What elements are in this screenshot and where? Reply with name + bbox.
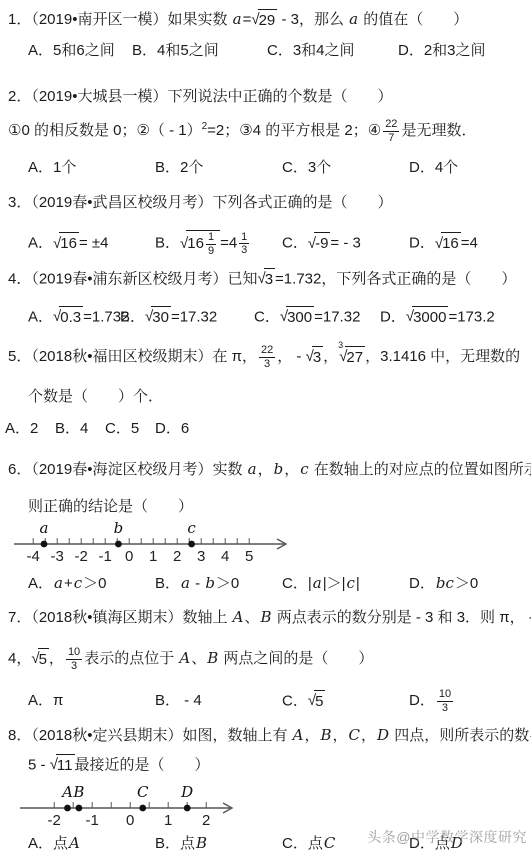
question-3-option-c: C．√-9= - 3 — [282, 232, 409, 255]
question-5-option-b: B．4 — [55, 418, 105, 440]
question-8-stem-line-2: 5 - √11最接近的是（ ） — [28, 754, 210, 777]
question-5-stem-line-2: 个数是（ ）个． — [28, 386, 163, 408]
watermark-text: 头条@中学数学深度研究 — [367, 827, 527, 847]
svg-text:4: 4 — [221, 548, 229, 564]
question-7-option-d: D．103 — [409, 688, 455, 714]
question-4-stem: 4．（2019春•浦东新区校级月考）已知√3=1.732，下列各式正确的是（ ） — [8, 268, 516, 291]
question-7-option-b: B． - 4 — [155, 690, 282, 712]
question-1-option-b: B．4和5之间 — [132, 40, 267, 62]
question-3-options: A．√16= ±4B．√1619=413C．√-9= - 3D．√16=4 — [28, 230, 478, 257]
question-8-option-a: A．点A — [28, 832, 155, 854]
question-6-stem: 6．（2019春•海淀区校级月考）实数 a，b，c 在数轴上的对应点的位置如图所… — [8, 458, 531, 481]
question-4-options: A．√0.3=1.732B．√30=17.32C．√300=17.32D．√30… — [28, 306, 495, 329]
question-3-option-a: A．√16= ±4 — [28, 232, 155, 255]
question-2-option-d: D．4个 — [409, 157, 458, 179]
svg-text:-3: -3 — [51, 548, 64, 564]
question-6-option-d: D．bc＞0 — [409, 572, 478, 595]
question-5-stem: 5．（2018秋•福田区校级期末）在 π，223， - √3，3√27，3.14… — [8, 344, 520, 370]
svg-text:2: 2 — [202, 812, 210, 828]
question-2-option-b: B．2个 — [155, 157, 282, 179]
question-6-numberline: -4-3-2-1012345abc — [14, 514, 288, 568]
question-5-option-d: D．6 — [155, 418, 205, 440]
question-4-option-d: D．√3000=173.2 — [380, 306, 495, 329]
question-1-options: A．5和6之间B．4和5之间C．3和4之间D．2和3之间 — [28, 40, 486, 62]
question-2-options: A．1个B．2个C．3个D．4个 — [28, 157, 458, 179]
question-6-options: A．a+c＞0B．a - b＞0C．|a|＞|c|D．bc＞0 — [28, 572, 478, 595]
question-4-option-b: B．√30=17.32 — [120, 306, 254, 329]
question-6-option-c: C．|a|＞|c| — [282, 572, 409, 595]
question-7-option-a: A．π — [28, 690, 155, 712]
svg-text:D: D — [180, 783, 193, 801]
svg-text:5: 5 — [245, 548, 253, 564]
question-7-stem: 7．（2018秋•镇海区期末）数轴上 A、B 两点表示的数分别是 - 3 和 3… — [8, 606, 531, 629]
svg-text:1: 1 — [149, 548, 157, 564]
question-5-option-a: A．2 — [5, 418, 55, 440]
svg-text:c: c — [187, 519, 196, 537]
svg-text:b: b — [114, 519, 124, 537]
svg-text:B: B — [72, 783, 84, 801]
svg-text:1: 1 — [164, 812, 172, 828]
question-6-option-b: B．a - b＞0 — [155, 572, 282, 595]
question-5-options: A．2B．4C．5D．6 — [5, 418, 205, 440]
svg-text:3: 3 — [197, 548, 205, 564]
svg-text:0: 0 — [126, 812, 134, 828]
question-8-option-b: B．点B — [155, 832, 282, 854]
question-1-stem: 1．（2019•南开区一模）如果实数 a=√29 - 3，那么 a 的值在（ ） — [8, 8, 468, 32]
question-3-stem: 3．（2019春•武昌区校级月考）下列各式正确的是（ ） — [8, 192, 392, 214]
worksheet-page: 1．（2019•南开区一模）如果实数 a=√29 - 3，那么 a 的值在（ ）… — [0, 0, 531, 854]
question-4-option-a: A．√0.3=1.732 — [28, 306, 120, 329]
svg-text:-2: -2 — [75, 548, 88, 564]
question-6-option-a: A．a+c＞0 — [28, 572, 155, 595]
question-3-option-b: B．√1619=413 — [155, 230, 282, 257]
question-1-option-a: A．5和6之间 — [28, 40, 132, 62]
question-7-stem-line-2: 4，√5，103表示的点位于 A、B 两点之间的是（ ） — [8, 646, 373, 672]
svg-text:-1: -1 — [86, 812, 99, 828]
question-2-option-c: C．3个 — [282, 157, 409, 179]
svg-text:2: 2 — [173, 548, 181, 564]
question-4-option-c: C．√300=17.32 — [254, 306, 380, 329]
svg-text:-4: -4 — [27, 548, 40, 564]
question-2-stem: 2．（2019•大城县一模）下列说法中正确的个数是（ ） — [8, 86, 392, 108]
question-8-stem: 8．（2018秋•定兴县期末）如图，数轴上有 A，B，C，D 四点，则所表示的数… — [8, 724, 531, 747]
question-2-option-a: A．1个 — [28, 157, 155, 179]
question-3-option-d: D．√16=4 — [409, 232, 478, 255]
question-2-statements: ①0 的相反数是 0；②（ - 1）2=2；③4 的平方根是 2；④227是无理… — [8, 118, 476, 144]
svg-text:-1: -1 — [99, 548, 112, 564]
question-1-option-c: C．3和4之间 — [267, 40, 398, 62]
question-8-numberline: -2-1012ABCD — [20, 778, 234, 832]
svg-text:A: A — [60, 783, 73, 801]
question-7-option-c: C．√5 — [282, 690, 409, 713]
question-5-option-c: C．5 — [105, 418, 155, 440]
svg-text:-2: -2 — [48, 812, 61, 828]
question-1-option-d: D．2和3之间 — [398, 40, 486, 62]
svg-text:C: C — [137, 783, 149, 801]
question-7-options: A．πB． - 4C．√5D．103 — [28, 688, 455, 714]
svg-text:a: a — [40, 519, 49, 537]
svg-text:0: 0 — [125, 548, 133, 564]
